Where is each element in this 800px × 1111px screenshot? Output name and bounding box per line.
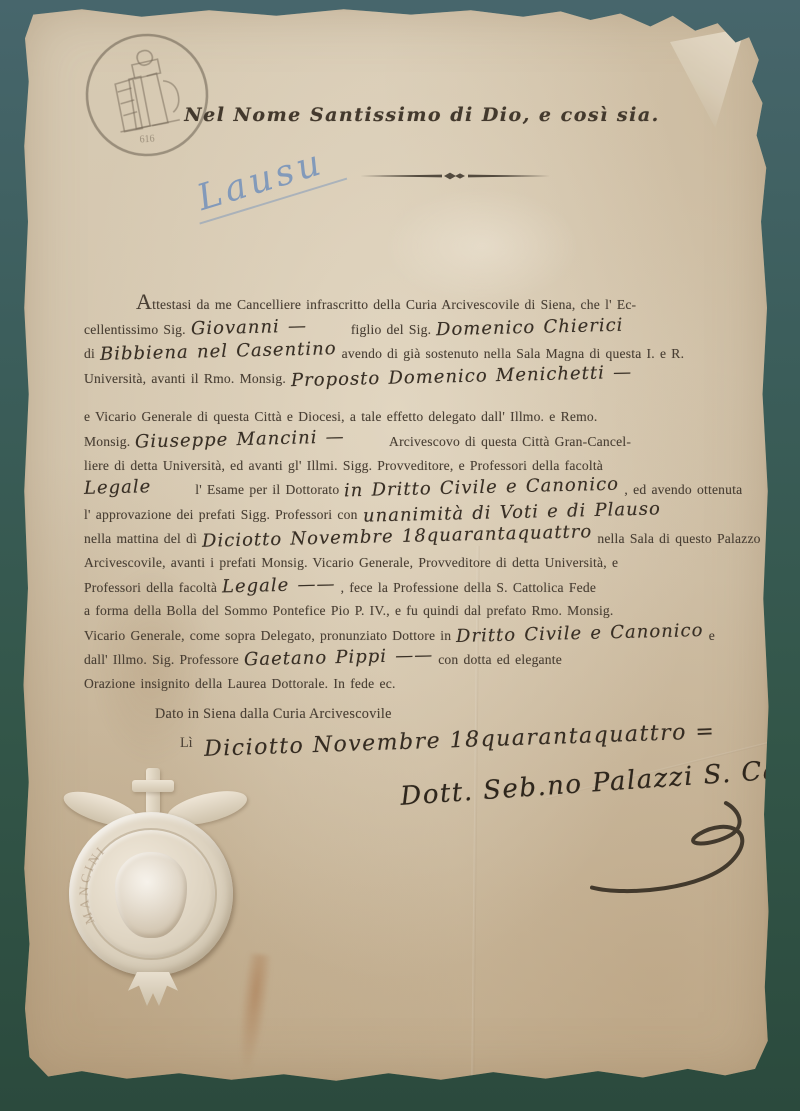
seal-cross: [132, 780, 174, 792]
handwritten-text: Gaetano Pippi ——: [244, 644, 434, 672]
printed-text: l' approvazione dei prefati Sigg. Profes…: [84, 507, 358, 522]
ink-stamp-icon: 616: [78, 26, 217, 165]
printed-text: l' Esame per il Dottorato: [195, 482, 339, 497]
document-line: diBibbiena nel Casentinoavendo di già so…: [84, 341, 732, 366]
document-line: Orazione insignito della Laurea Dottoral…: [84, 672, 732, 696]
printed-text: , fece la Professione della S. Cattolica…: [341, 580, 596, 595]
document-line: nella mattina del dìDiciotto Novembre 18…: [84, 526, 732, 551]
printed-text: dall' Illmo. Sig. Professore: [84, 652, 239, 667]
paper-highlight: [382, 186, 582, 306]
seal-ribbon: [128, 972, 178, 1006]
printed-text: Arcivescovo di questa Città Gran-Cancel-: [389, 434, 631, 449]
handwritten-text: Legale: [84, 475, 152, 500]
printed-text: nella Sala di questo Palazzo: [597, 531, 760, 546]
document-line: cellentissimo Sig.Giovanni —figlio del S…: [84, 317, 732, 342]
date-prefix: Lì: [180, 735, 193, 751]
printed-text: Università, avanti il Rmo. Monsig.: [84, 371, 286, 386]
photo-background: 616 Nel Nome Santissimo di Dio, e così s…: [0, 0, 800, 1111]
document-line: Attestasi da me Cancelliere infrascritto…: [84, 290, 732, 317]
printed-text: di: [84, 346, 95, 361]
handwritten-text: Giuseppe Mancini —: [135, 425, 345, 454]
handwritten-text: Diciotto Novembre 18quarantaquattro: [202, 521, 593, 554]
printed-text: cellentissimo Sig.: [84, 322, 186, 337]
handwritten-text: Bibbiena nel Casentino: [100, 337, 337, 366]
printed-text: Vicario Generale, come sopra Delegato, p…: [84, 628, 451, 643]
printed-text: , ed avendo ottenuta: [624, 482, 742, 497]
printed-text: nella mattina del dì: [84, 531, 197, 546]
document-line: l' approvazione dei prefati Sigg. Profes…: [84, 502, 732, 527]
signature-flourish-icon: [577, 796, 788, 931]
printed-text: Attestasi da me Cancelliere infrascritto…: [136, 297, 636, 312]
document-line: Arcivescovile, avanti i prefati Monsig. …: [84, 551, 732, 575]
document-paper: 616 Nel Nome Santissimo di Dio, e così s…: [22, 6, 770, 1084]
printed-text: Arcivescovile, avanti i prefati Monsig. …: [84, 555, 618, 570]
printed-text: liere di detta Università, ed avanti gl'…: [84, 458, 603, 473]
handwritten-date: Diciotto Novembre 18quarantaquattro =: [204, 719, 716, 762]
svg-text:MANCINI: MANCINI: [76, 842, 109, 927]
divider-ornament-icon: [360, 169, 550, 187]
document-body: Attestasi da me Cancelliere infrascritto…: [84, 290, 732, 696]
handwritten-text: Giovanni —: [190, 314, 307, 340]
printed-text: Professori della facoltà: [84, 580, 217, 595]
invocation-heading: Nel Nome Santissimo di Dio, e così sia.: [142, 104, 702, 126]
date-block: Lì Diciotto Novembre 18quarantaquattro =: [180, 728, 716, 753]
handwritten-text: Domenico Chierici: [436, 313, 624, 341]
printed-text: avendo di già sostenuto nella Sala Magna…: [342, 346, 685, 361]
handwritten-text: Proposto Domenico Menichetti —: [291, 361, 633, 393]
document-line: Università, avanti il Rmo. Monsig.Propos…: [84, 366, 732, 391]
printed-text: Orazione insignito della Laurea Dottoral…: [84, 676, 396, 691]
document-line: e Vicario Generale di questa Città e Dio…: [84, 405, 732, 429]
document-line: Professori della facoltàLegale ——, fece …: [84, 575, 732, 600]
printed-text: e Vicario Generale di questa Città e Dio…: [84, 409, 597, 424]
stamp-number: 616: [139, 134, 155, 146]
printed-text: Monsig.: [84, 434, 130, 449]
printed-text: a forma della Bolla del Sommo Pontefice …: [84, 603, 614, 618]
printed-text: figlio del Sig.: [351, 322, 431, 337]
printed-text: e: [709, 628, 715, 643]
document-line: a forma della Bolla del Sommo Pontefice …: [84, 599, 732, 623]
dateline-text: Dato in Siena dalla Curia Arcivescovile: [155, 706, 392, 723]
embossed-seal-icon: MANCINI: [54, 768, 250, 1008]
printed-text: con dotta ed elegante: [438, 652, 562, 667]
handwritten-text: Legale ——: [222, 572, 336, 598]
document-line: liere di detta Università, ed avanti gl'…: [84, 454, 732, 478]
document-line: dall' Illmo. Sig. ProfessoreGaetano Pipp…: [84, 647, 732, 672]
handwritten-text: Dritto Civile e Canonico: [456, 619, 704, 649]
seal-ring-text: MANCINI: [69, 812, 233, 976]
document-line: Monsig.Giuseppe Mancini —Arcivescovo di …: [84, 429, 732, 454]
